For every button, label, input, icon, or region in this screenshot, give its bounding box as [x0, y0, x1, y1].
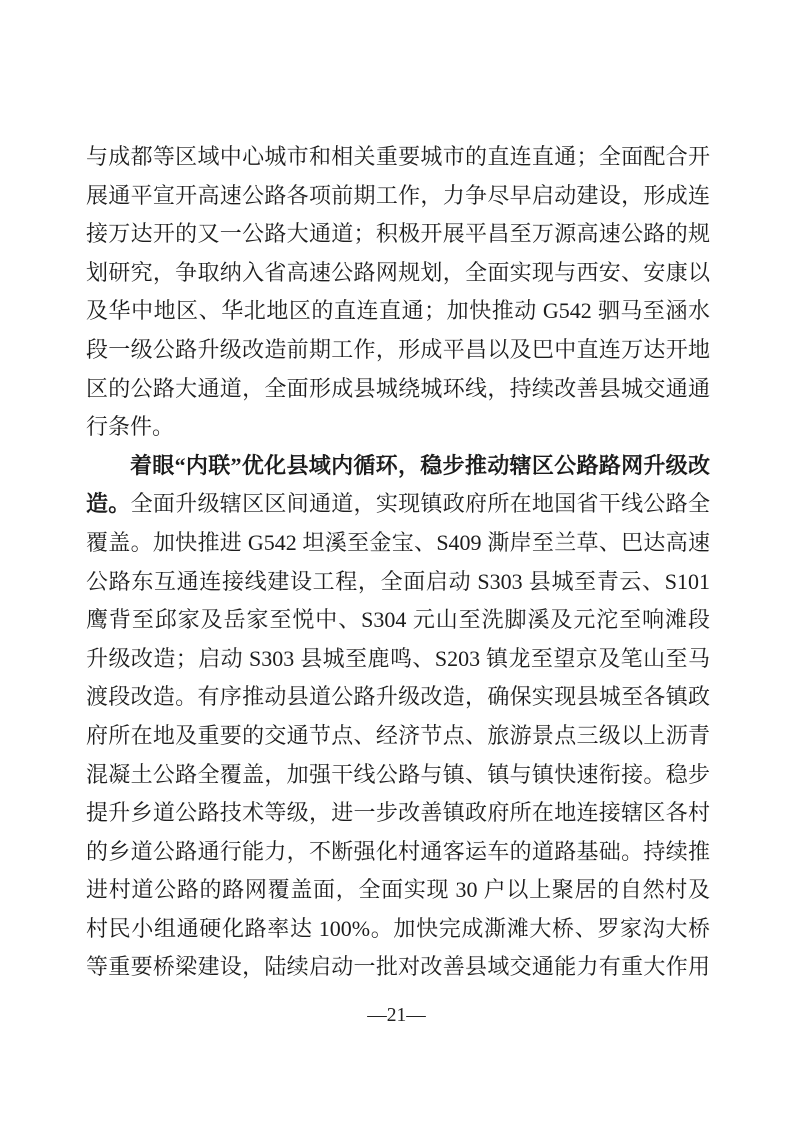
text-line: 划研究，争取纳入省高速公路网规划，全面实现与西安、安康以 — [86, 254, 710, 293]
text-line: 等重要桥梁建设，陆续启动一批对改善县域交通能力有重大作用 — [86, 948, 710, 987]
page-number: —21— — [367, 1005, 426, 1026]
text-block: 与成都等区域中心城市和相关重要城市的直连直通；全面配合开 展通平宣开高速公路各项… — [86, 138, 710, 987]
text-line: 行条件。 — [86, 408, 710, 447]
page-footer: —21— — [0, 1003, 793, 1029]
section-heading-line: 着眼“内联”优化县域内循环，稳步推动辖区公路路网升级改 — [86, 447, 710, 486]
text-line: 及华中地区、华北地区的直连直通；加快推动 G542 驷马至涵水 — [86, 292, 710, 331]
text-line: 展通平宣开高速公路各项前期工作，力争尽早启动建设，形成连 — [86, 177, 710, 216]
text-line: 鹰背至邱家及岳家至悦中、S304 元山至洗脚溪及元沱至响滩段 — [86, 601, 710, 640]
text-line: 的乡道公路通行能力，不断强化村通客运车的道路基础。持续推 — [86, 833, 710, 872]
text-line: 进村道公路的路网覆盖面，全面实现 30 户以上聚居的自然村及 — [86, 871, 710, 910]
text-line: 覆盖。加快推进 G542 坦溪至金宝、S409 澌岸至兰草、巴达高速 — [86, 524, 710, 563]
text-line: 渡段改造。有序推动县道公路升级改造，确保实现县城至各镇政 — [86, 678, 710, 717]
section-heading-carry: 造。 — [86, 491, 131, 516]
paragraph-1: 与成都等区域中心城市和相关重要城市的直连直通；全面配合开 展通平宣开高速公路各项… — [86, 138, 710, 447]
text-line: 接万达开的又一公路大通道；积极开展平昌至万源高速公路的规 — [86, 215, 710, 254]
text-line: 段一级公路升级改造前期工作，形成平昌以及巴中直连万达开地 — [86, 331, 710, 370]
text-line: 混凝土公路全覆盖，加强干线公路与镇、镇与镇快速衔接。稳步 — [86, 756, 710, 795]
text-line: 与成都等区域中心城市和相关重要城市的直连直通；全面配合开 — [86, 138, 710, 177]
text-line: 造。全面升级辖区区间通道，实现镇政府所在地国省干线公路全 — [86, 485, 710, 524]
paragraph-2: 着眼“内联”优化县域内循环，稳步推动辖区公路路网升级改 造。全面升级辖区区间通道… — [86, 447, 710, 987]
text-line: 公路东互通连接线建设工程，全面启动 S303 县城至青云、S101 — [86, 563, 710, 602]
text-line: 区的公路大通道，全面形成县城绕城环线，持续改善县城交通通 — [86, 370, 710, 409]
text-line: 村民小组通硬化路率达 100%。加快完成澌滩大桥、罗家沟大桥 — [86, 910, 710, 949]
text-line: 府所在地及重要的交通节点、经济节点、旅游景点三级以上沥青 — [86, 717, 710, 756]
text-line: 提升乡道公路技术等级，进一步改善镇政府所在地连接辖区各村 — [86, 794, 710, 833]
text-line-segment: 全面升级辖区区间通道，实现镇政府所在地国省干线公路全 — [131, 491, 710, 516]
document-page: 与成都等区域中心城市和相关重要城市的直连直通；全面配合开 展通平宣开高速公路各项… — [0, 0, 793, 1122]
text-line: 升级改造；启动 S303 县城至鹿鸣、S203 镇龙至望京及笔山至马 — [86, 640, 710, 679]
